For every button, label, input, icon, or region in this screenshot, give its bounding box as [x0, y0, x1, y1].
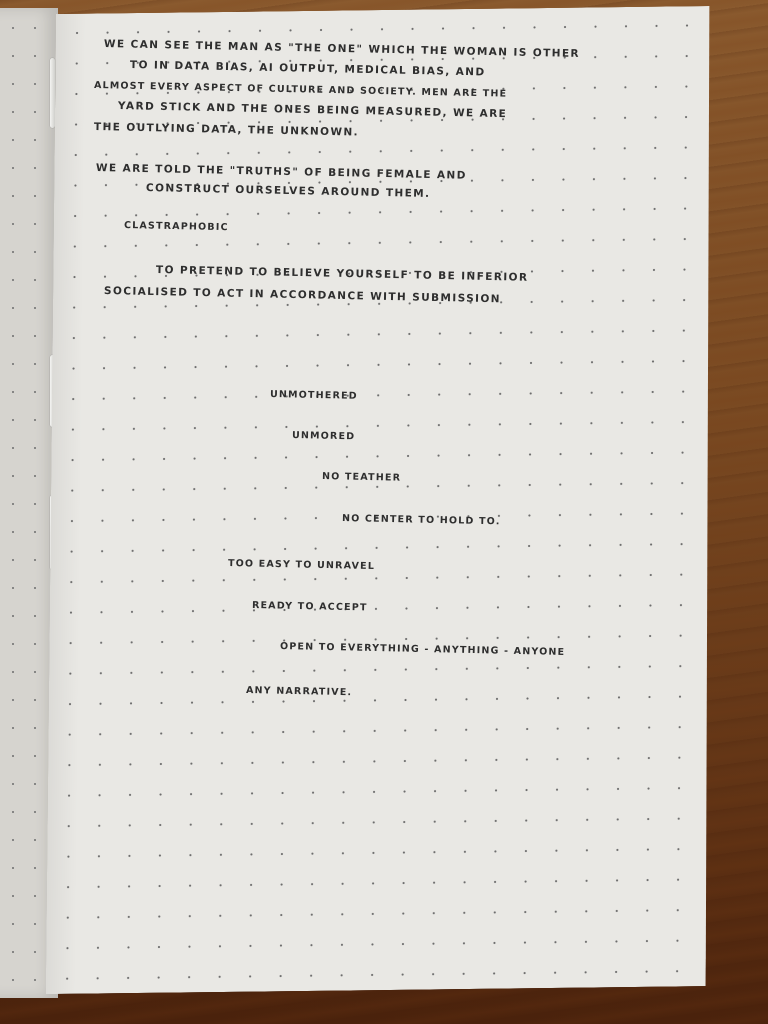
poem-line: ANY NARRATIVE. [246, 685, 353, 698]
poem-line: NO TEATHER [322, 471, 401, 484]
poem-line: UNMOTHERED [270, 389, 358, 402]
binding-stitch [50, 58, 55, 128]
poem-line: UNMORED [292, 430, 356, 442]
handwritten-heading: CLASTRAPHOBIC [124, 220, 229, 233]
right-notebook-page [46, 6, 716, 994]
